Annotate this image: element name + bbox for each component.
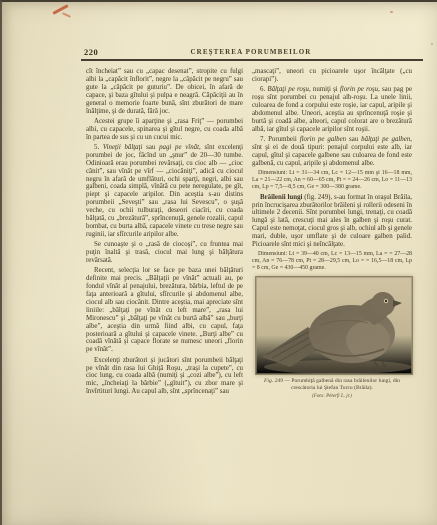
paragraph: Brăilenii lungi (fig. 249), s-au format … xyxy=(252,194,412,249)
running-title: CREŞTEREA PORUMBEILOR xyxy=(86,48,416,56)
paragraph: 5. Vineţii bălţaţi sau pagi pe vînăt, sî… xyxy=(86,144,243,239)
left-column: cît încheiat” sau cu „capac desenat”, st… xyxy=(86,68,243,399)
dimensions-block: Dimensiuni: Lt = 31—34 cm, Lc = 12—15 mm… xyxy=(252,170,412,190)
paragraph: Acestei grupe îi aparţine şi „rasa Friţ”… xyxy=(86,118,243,142)
dimensions-block: Dimensiuni: Lt = 39—40 cm, Lc = 13—15 mm… xyxy=(252,251,412,271)
figure-caption: Fig. 249 — Porumbiţă galbenă din rasa br… xyxy=(252,378,412,401)
paragraph: cît încheiat” sau cu „capac desenat”, st… xyxy=(86,68,243,115)
figure-249: Fig. 249 — Porumbiţă galbenă din rasa br… xyxy=(252,276,412,401)
right-column: „mascaţi”, uneori cu picioarele uşor înc… xyxy=(252,68,412,401)
pen-mark xyxy=(62,12,71,17)
pigeon-photo xyxy=(255,276,413,375)
caption-text: Fig. 249 — Porumbiţă galbenă din rasa br… xyxy=(256,378,408,391)
ink-speck xyxy=(431,43,433,45)
paragraph: 7. Porumbeii florin pe galben sau bălţaţ… xyxy=(252,136,412,168)
ink-speck xyxy=(390,11,393,13)
paragraph: „mascaţi”, uneori cu picioarele uşor înc… xyxy=(252,68,412,84)
photo-credit: (Foto: Péterfi L. jr.) xyxy=(252,393,412,401)
header-rule xyxy=(81,59,423,61)
paragraph: Se cunoaşte şi o „rasă de ciocoşi”, cu f… xyxy=(86,241,243,265)
page-header: 220 CREŞTEREA PORUMBEILOR xyxy=(86,47,416,58)
paragraph: Recent, selecţia lor se face pe baza une… xyxy=(86,267,243,354)
paragraph: 6. Bălţaţi pe roşu, numiţi şi florin pe … xyxy=(252,86,412,133)
paragraph: Excelenţi zburători şi jucători sînt por… xyxy=(86,357,243,397)
book-page-scan: 220 CREŞTEREA PORUMBEILOR cît încheiat” … xyxy=(0,0,437,525)
